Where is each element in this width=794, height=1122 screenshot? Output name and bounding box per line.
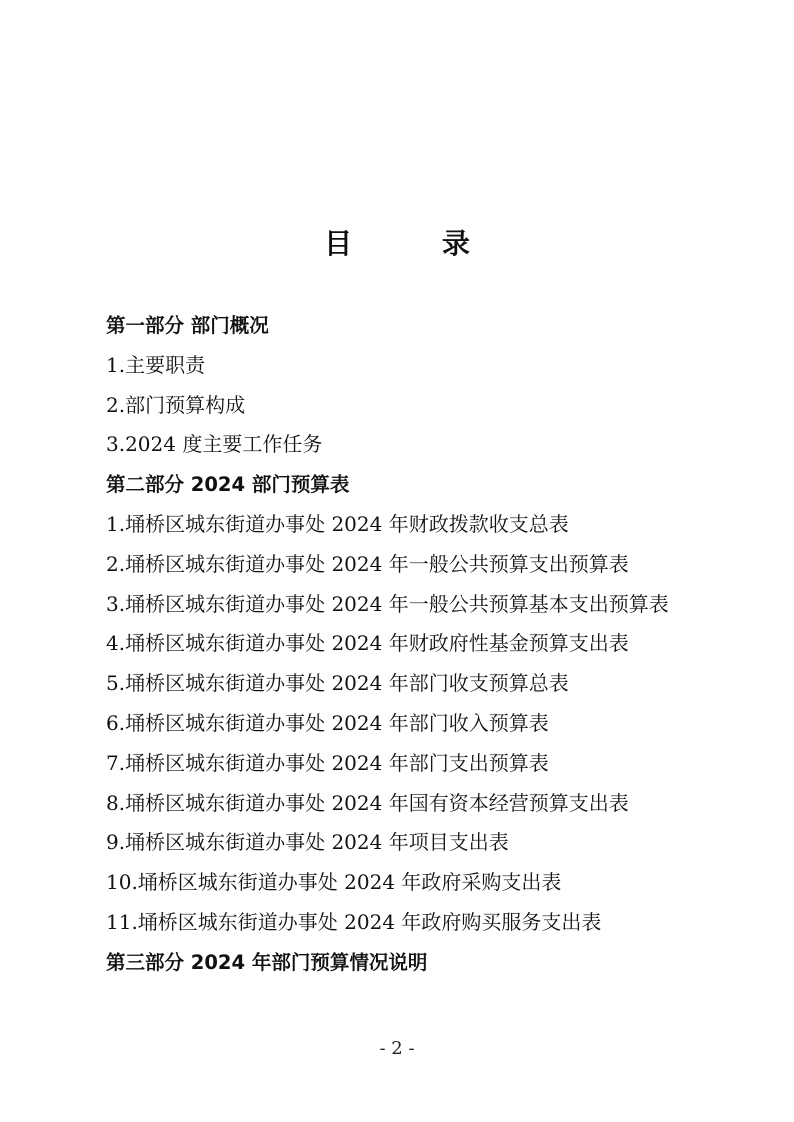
- toc-item[interactable]: 1.埇桥区城东街道办事处 2024 年财政拨款收支总表: [106, 505, 726, 545]
- toc-part-heading[interactable]: 第一部分 部门概况: [106, 306, 726, 346]
- toc-part-heading[interactable]: 第三部分 2024 年部门预算情况说明: [106, 943, 726, 983]
- toc-item[interactable]: 2.埇桥区城东街道办事处 2024 年一般公共预算支出预算表: [106, 545, 726, 585]
- toc-item[interactable]: 1.主要职责: [106, 346, 726, 386]
- toc-item[interactable]: 10.埇桥区城东街道办事处 2024 年政府采购支出表: [106, 863, 726, 903]
- toc-item[interactable]: 9.埇桥区城东街道办事处 2024 年项目支出表: [106, 823, 726, 863]
- table-of-contents: 第一部分 部门概况 1.主要职责 2.部门预算构成 3.2024 度主要工作任务…: [106, 306, 726, 983]
- toc-item[interactable]: 4.埇桥区城东街道办事处 2024 年财政府性基金预算支出表: [106, 624, 726, 664]
- page-number: - 2 -: [0, 1038, 794, 1059]
- toc-item[interactable]: 6.埇桥区城东街道办事处 2024 年部门收入预算表: [106, 704, 726, 744]
- toc-item[interactable]: 3.2024 度主要工作任务: [106, 425, 726, 465]
- toc-part-heading[interactable]: 第二部分 2024 部门预算表: [106, 465, 726, 505]
- toc-item[interactable]: 5.埇桥区城东街道办事处 2024 年部门收支预算总表: [106, 664, 726, 704]
- toc-item[interactable]: 11.埇桥区城东街道办事处 2024 年政府购买服务支出表: [106, 903, 726, 943]
- toc-item[interactable]: 7.埇桥区城东街道办事处 2024 年部门支出预算表: [106, 744, 726, 784]
- toc-item[interactable]: 8.埇桥区城东街道办事处 2024 年国有资本经营预算支出表: [106, 784, 726, 824]
- toc-item[interactable]: 2.部门预算构成: [106, 386, 726, 426]
- page-title: 目 录: [0, 222, 794, 262]
- toc-item[interactable]: 3.埇桥区城东街道办事处 2024 年一般公共预算基本支出预算表: [106, 585, 726, 625]
